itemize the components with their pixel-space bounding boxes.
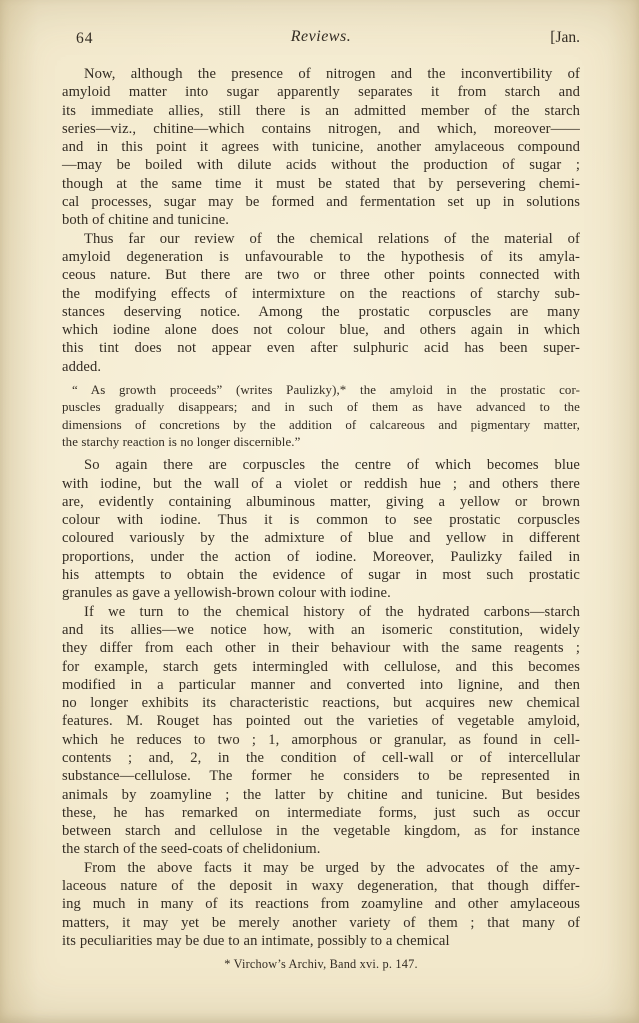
text-line: they differ from each other in their beh… (62, 639, 580, 657)
text-line: amyloid matter into sugar apparently sep… (62, 83, 580, 101)
text-line: substance—cellulose. The former he consi… (62, 767, 580, 785)
text-line: the starchy reaction is no longer discer… (62, 434, 580, 451)
text-line: added. (62, 358, 580, 376)
text-line: From the above facts it may be urged by … (62, 859, 580, 877)
text-line: stances deserving notice. Among the pros… (62, 303, 580, 321)
text-line: So again there are corpuscles the centre… (62, 456, 580, 474)
running-title: Reviews. (62, 28, 580, 46)
text-line: Thus far our review of the chemical rela… (62, 230, 580, 248)
scanned-book-page: 64 Reviews. [Jan. Now, although the pres… (0, 0, 639, 1023)
text-line: If we turn to the chemical history of th… (62, 603, 580, 621)
paragraph: Thus far our review of the chemical rela… (62, 230, 580, 376)
text-line: animals by zoamyline ; the latter by chi… (62, 786, 580, 804)
issue-date: [Jan. (550, 29, 580, 47)
text-line: features. M. Rouget has pointed out the … (62, 712, 580, 730)
text-line: colour with iodine. Thus it is common to… (62, 511, 580, 529)
text-line: between starch and cellulose in the vege… (62, 822, 580, 840)
page-header: 64 Reviews. [Jan. (62, 28, 580, 50)
text-line: laceous nature of the deposit in waxy de… (62, 877, 580, 895)
text-line: granules as gave a yellowish-brown colou… (62, 584, 580, 602)
text-line: modified in a particular manner and conv… (62, 676, 580, 694)
text-line: both of chitine and tunicine. (62, 211, 580, 229)
text-line: puscles gradually disappears; and in suc… (62, 399, 580, 416)
text-line: which iodine alone does not colour blue,… (62, 321, 580, 339)
paragraph: So again there are corpuscles the centre… (62, 456, 580, 602)
text-line: ing much in many of its reactions from z… (62, 895, 580, 913)
text-line: amyloid degeneration is unfavourable to … (62, 248, 580, 266)
text-line: though at the same time it must be state… (62, 175, 580, 193)
text-line: and its allies—we notice how, with an is… (62, 621, 580, 639)
text-line: matters, it may yet be merely another va… (62, 914, 580, 932)
text-line: and in this point it agrees with tunicin… (62, 138, 580, 156)
paragraph: If we turn to the chemical history of th… (62, 603, 580, 859)
text-line: “ As growth proceeds” (writes Paulizky),… (62, 382, 580, 399)
text-line: proportions, under the action of iodine.… (62, 548, 580, 566)
paragraph: From the above facts it may be urged by … (62, 859, 580, 950)
text-line: for example, starch gets intermingled wi… (62, 658, 580, 676)
text-line: the modifying effects of intermixture on… (62, 285, 580, 303)
page-content: 64 Reviews. [Jan. Now, although the pres… (62, 28, 580, 972)
quote-paragraph: “ As growth proceeds” (writes Paulizky),… (62, 382, 580, 451)
text-line: which he reduces to two ; 1, amorphous o… (62, 731, 580, 749)
text-line: cal processes, sugar may be formed and f… (62, 193, 580, 211)
text-line: series—viz., chitine—which contains nitr… (62, 120, 580, 138)
text-line: contents ; and, 2, in the condition of c… (62, 749, 580, 767)
footnote: * Virchow’s Archiv, Band xvi. p. 147. (62, 957, 580, 972)
text-line: with iodine, but the wall of a violet or… (62, 475, 580, 493)
text-line: this tint does not appear even after sul… (62, 339, 580, 357)
text-line: ceous nature. But there are two or three… (62, 266, 580, 284)
text-line: are, evidently containing albuminous mat… (62, 493, 580, 511)
article-body: Now, although the presence of nitrogen a… (62, 65, 580, 950)
text-line: Now, although the presence of nitrogen a… (62, 65, 580, 83)
text-line: these, he has remarked on intermediate f… (62, 804, 580, 822)
text-line: no longer exhibits its characteristic re… (62, 694, 580, 712)
text-line: —may be boiled with dilute acids without… (62, 156, 580, 174)
text-line: dimensions of concretions by the additio… (62, 417, 580, 434)
text-line: the starch of the seed-coats of chelidon… (62, 840, 580, 858)
text-line: its peculiarities may be due to an intim… (62, 932, 580, 950)
paragraph: Now, although the presence of nitrogen a… (62, 65, 580, 230)
text-line: his attempts to obtain the evidence of s… (62, 566, 580, 584)
text-line: coloured variously by the admixture of b… (62, 529, 580, 547)
text-line: its immediate allies, still there is an … (62, 102, 580, 120)
